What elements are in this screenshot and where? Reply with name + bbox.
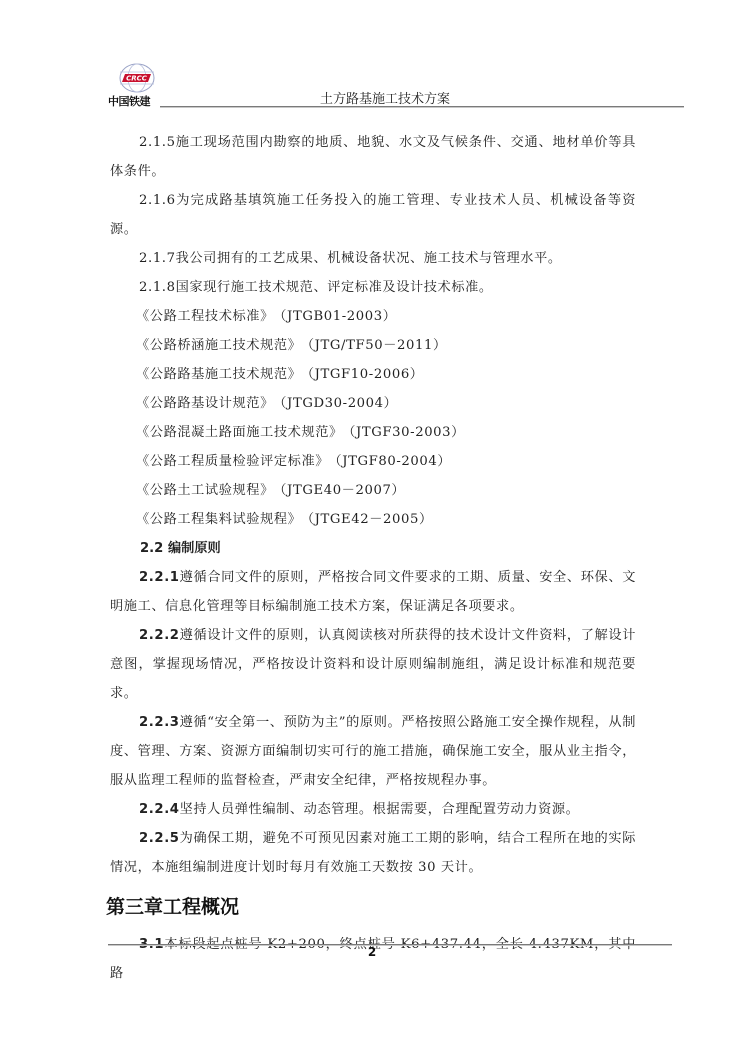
standard-title: 《公路工程质量检验评定标准》 (136, 454, 329, 469)
clause-3-1: 3.1本标段起点桩号 K2+200，终点桩号 K6+437.44，全长 4.43… (110, 930, 636, 988)
standard-title: 《公路路基设计规范》 (136, 396, 274, 411)
clause-text: 遵循合同文件的原则，严格按合同文件要求的工期、质量、安全、环保、文明施工、信息化… (110, 570, 636, 614)
logo-text: 中国铁建 (108, 93, 150, 109)
page-header: CRCC 中国铁建 土方路基施工技术方案 (108, 62, 684, 108)
standard-item: 《公路土工试验规程》（JTGE40－2007） (110, 476, 636, 505)
standard-title: 《公路混凝土路面施工技术规范》 (136, 425, 343, 440)
clause-text: 我公司拥有的工艺成果、机械设备状况、施工技术与管理水平。 (176, 251, 562, 266)
clause-number: 2.2.1 (139, 570, 180, 585)
standard-code: （JTGF10-2006） (307, 367, 423, 382)
clause-2-2-2: 2.2.2遵循设计文件的原则，认真阅读核对所获得的技术设计文件资料，了解设计意图… (110, 621, 636, 708)
clause-number: 2.2.3 (139, 715, 180, 730)
standard-item: 《公路路基施工技术规范》（JTGF10-2006） (110, 360, 636, 389)
clause-2-1-6: 2.1.6为完成路基填筑施工任务投入的施工管理、专业技术人员、机械设备等资源。 (110, 186, 636, 244)
clause-number: 2.2.2 (139, 628, 180, 643)
header-title: 土方路基施工技术方案 (320, 88, 450, 107)
svg-text:CRCC: CRCC (126, 75, 148, 83)
clause-number: 2.1.5 (139, 135, 176, 150)
clause-text: 遵循“安全第一、预防为主”的原则。严格按照公路施工安全操作规程，从制度、管理、方… (110, 715, 636, 788)
standards-list: 《公路工程技术标准》（JTGB01-2003） 《公路桥涵施工技术规范》（JTG… (110, 302, 636, 534)
chapter-heading-3: 第三章工程概况 (106, 892, 636, 922)
standard-code: （JTGF80-2004） (335, 454, 451, 469)
clause-text: 国家现行施工技术规范、评定标准及设计技术标准。 (176, 280, 493, 295)
standard-item: 《公路桥涵施工技术规范》（JTG/TF50－2011） (110, 331, 636, 360)
clause-2-2-3: 2.2.3遵循“安全第一、预防为主”的原则。严格按照公路施工安全操作规程，从制度… (110, 708, 636, 795)
standard-title: 《公路桥涵施工技术规范》 (136, 338, 301, 353)
clause-2-1-7: 2.1.7我公司拥有的工艺成果、机械设备状况、施工技术与管理水平。 (110, 244, 636, 273)
standard-code: （JTGE40－2007） (280, 483, 405, 498)
clause-number: 2.1.6 (139, 193, 176, 208)
standard-title: 《公路路基施工技术规范》 (136, 367, 301, 382)
standard-item: 《公路工程质量检验评定标准》（JTGF80-2004） (110, 447, 636, 476)
clause-text: 坚持人员弹性编制、动态管理。根据需要，合理配置劳动力资源。 (180, 802, 580, 817)
clause-2-2-5: 2.2.5为确保工期，避免不可预见因素对施工工期的影响，结合工程所在地的实际情况… (110, 824, 636, 882)
clause-text: 为完成路基填筑施工任务投入的施工管理、专业技术人员、机械设备等资源。 (110, 193, 636, 237)
standard-code: （JTG/TF50－2011） (307, 338, 446, 353)
clause-text: 为确保工期，避免不可预见因素对施工工期的影响，结合工程所在地的实际情况，本施组编… (110, 831, 636, 875)
clause-2-2-4: 2.2.4坚持人员弹性编制、动态管理。根据需要，合理配置劳动力资源。 (110, 795, 636, 824)
clause-text: 遵循设计文件的原则，认真阅读核对所获得的技术设计文件资料，了解设计意图，掌握现场… (110, 628, 636, 701)
standard-title: 《公路工程集料试验规程》 (136, 512, 301, 527)
clause-number: 2.1.8 (139, 280, 176, 295)
standard-code: （JTGB01-2003） (280, 309, 397, 324)
clause-text: 施工现场范围内勘察的地质、地貌、水文及气候条件、交通、地材单价等具体条件。 (110, 135, 636, 179)
standard-item: 《公路混凝土路面施工技术规范》（JTGF30-2003） (110, 418, 636, 447)
company-logo: CRCC 中国铁建 (108, 62, 164, 108)
standard-title: 《公路土工试验规程》 (136, 483, 274, 498)
standard-item: 《公路工程集料试验规程》（JTGE42－2005） (110, 505, 636, 534)
standard-code: （JTGE42－2005） (307, 512, 432, 527)
standard-code: （JTGD30-2004） (280, 396, 398, 411)
clause-2-1-5: 2.1.5施工现场范围内勘察的地质、地貌、水文及气候条件、交通、地材单价等具体条… (110, 128, 636, 186)
standard-code: （JTGF30-2003） (349, 425, 465, 440)
standard-item: 《公路工程技术标准》（JTGB01-2003） (110, 302, 636, 331)
clause-number: 2.1.7 (139, 251, 176, 266)
clause-number: 2.2.4 (139, 802, 180, 817)
document-body: 2.1.5施工现场范围内勘察的地质、地貌、水文及气候条件、交通、地材单价等具体条… (110, 128, 636, 988)
section-heading-2-2: 2.2 编制原则 (110, 534, 636, 563)
clause-2-1-8: 2.1.8国家现行施工技术规范、评定标准及设计技术标准。 (110, 273, 636, 302)
header-divider (160, 106, 684, 108)
crcc-emblem-icon: CRCC (118, 62, 156, 94)
clause-number: 2.2.5 (139, 831, 180, 846)
clause-2-2-1: 2.2.1遵循合同文件的原则，严格按合同文件要求的工期、质量、安全、环保、文明施… (110, 563, 636, 621)
standard-title: 《公路工程技术标准》 (136, 309, 274, 324)
page-number: 2 (0, 945, 744, 959)
standard-item: 《公路路基设计规范》（JTGD30-2004） (110, 389, 636, 418)
